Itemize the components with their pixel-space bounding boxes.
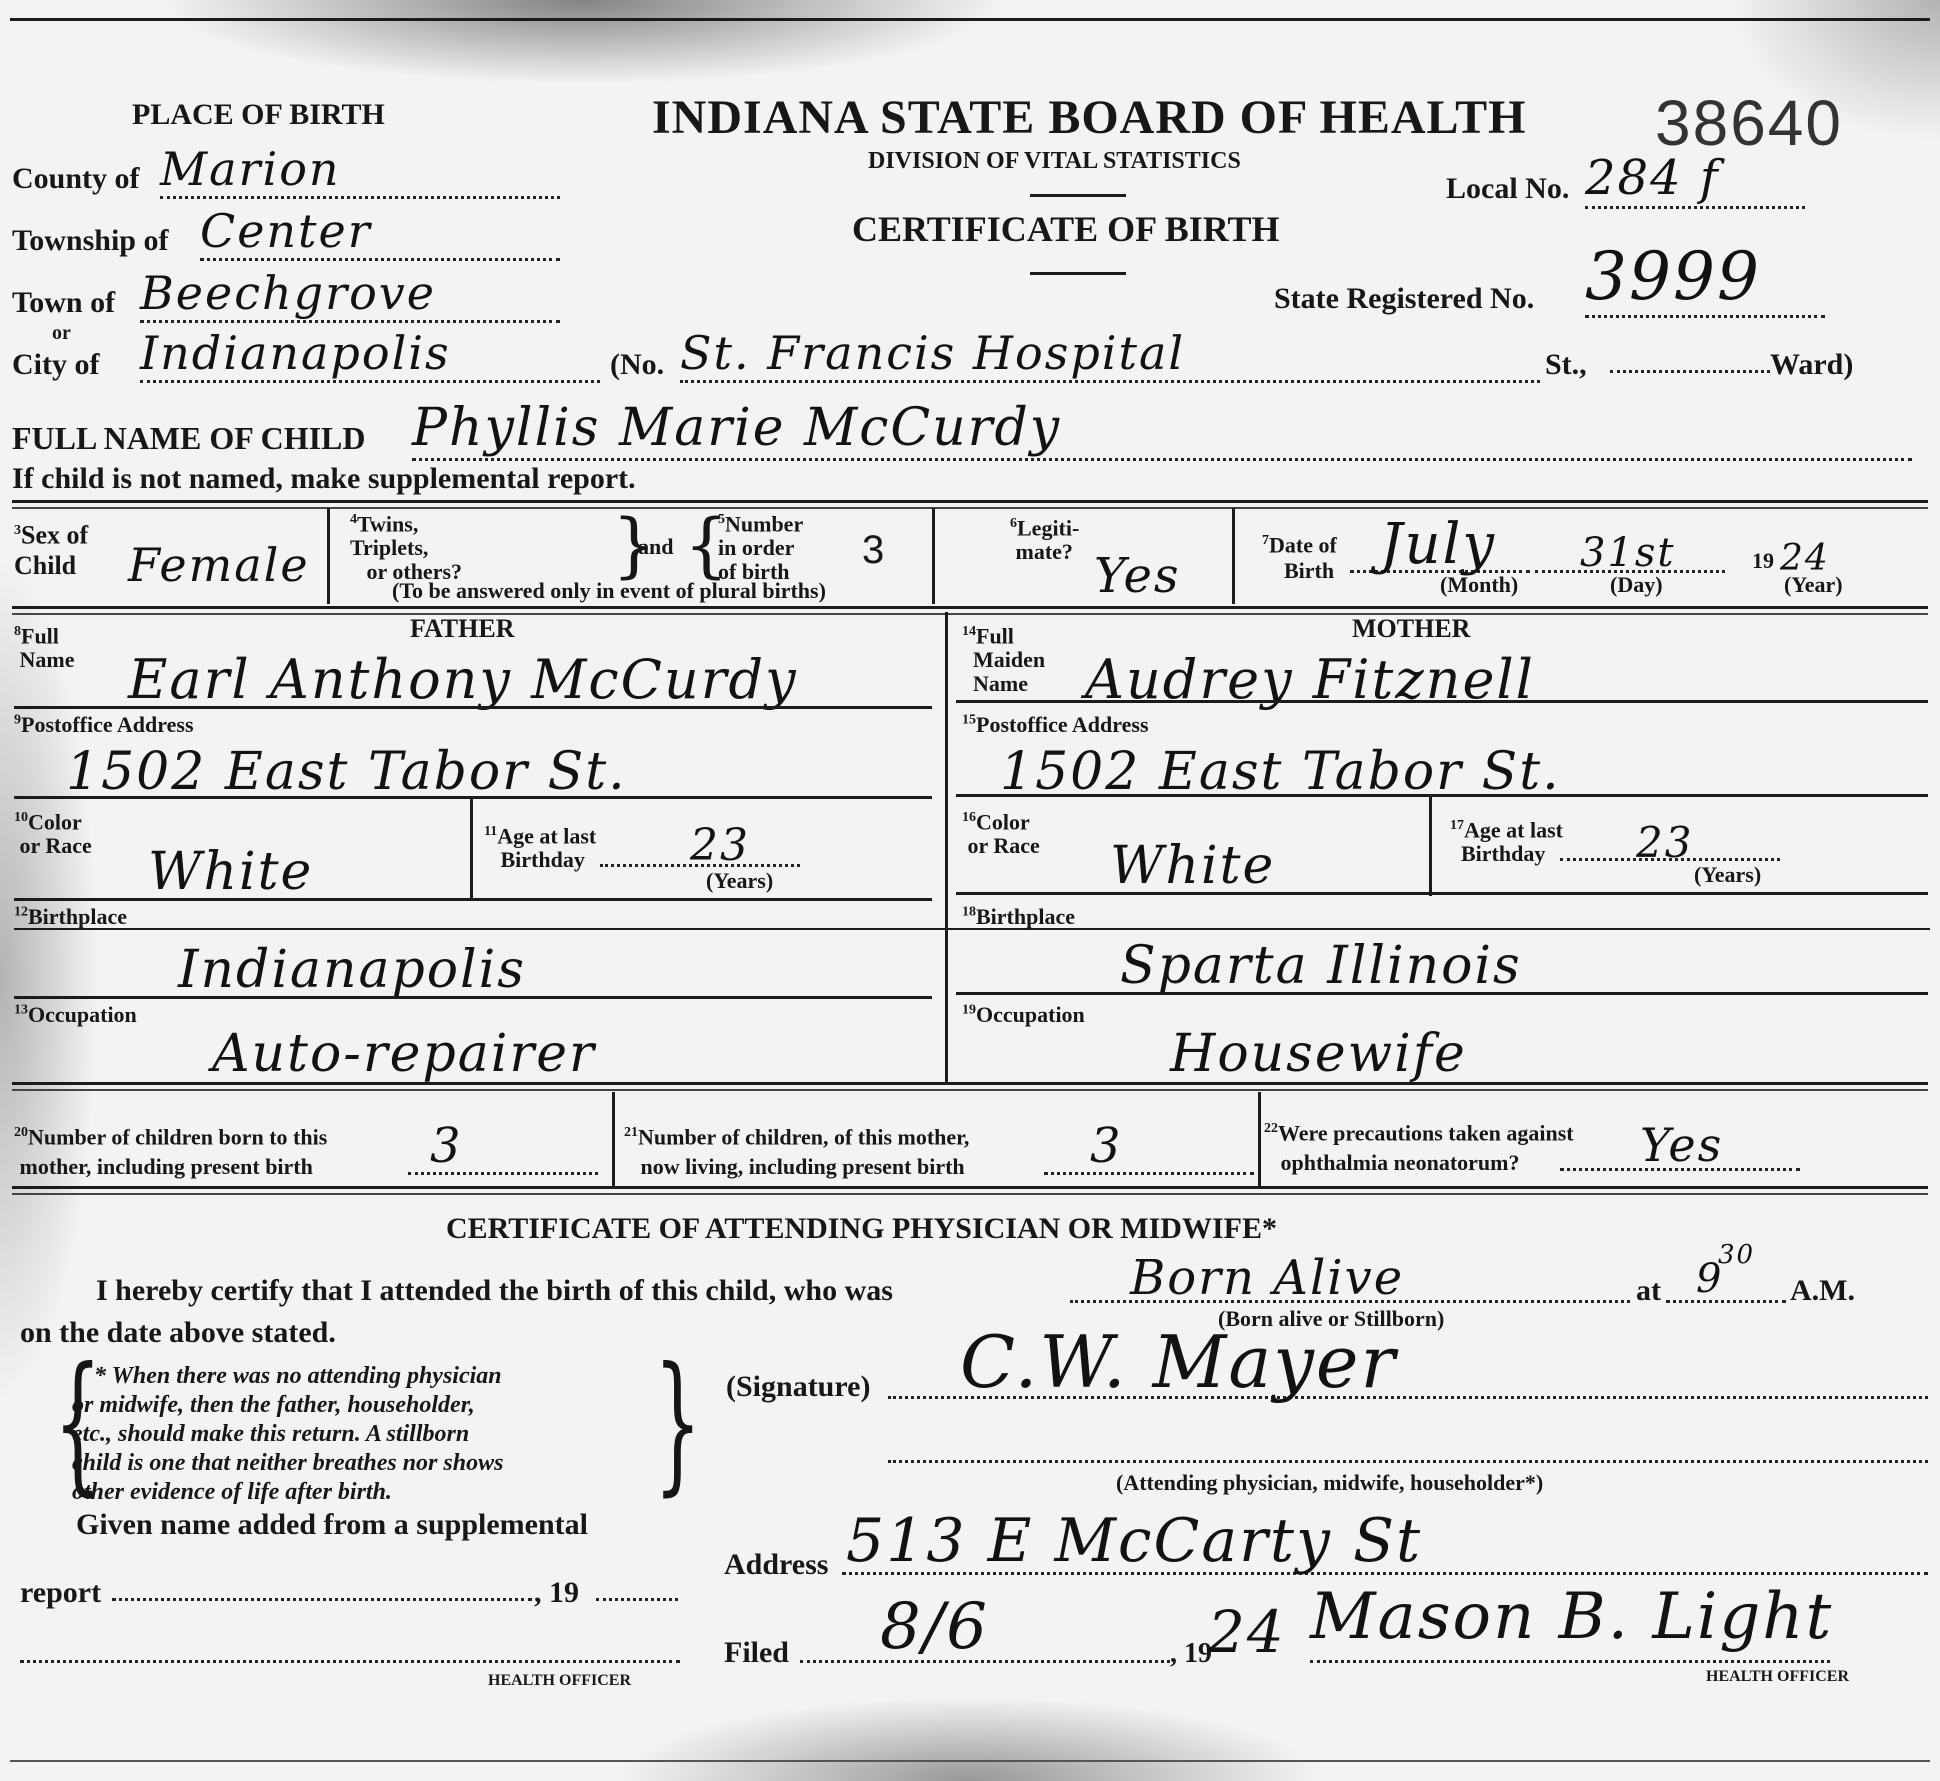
local-no-field[interactable]: 284 f [1585, 150, 1805, 209]
mother-address-field[interactable]: 1502 East Tabor St. [1000, 742, 1561, 802]
birth-certificate: PLACE OF BIRTH INDIANA STATE BOARD OF HE… [0, 0, 1940, 1781]
center-divider [945, 612, 948, 1082]
county-field[interactable]: Marion [160, 142, 560, 199]
father-occupation-label: 13Occupation [14, 1002, 137, 1028]
mother-occupation-field[interactable]: Housewife [1170, 1024, 1467, 1084]
father-name-field[interactable]: Earl Anthony McCurdy [128, 648, 798, 711]
dob-month-field[interactable]: July [1380, 512, 1496, 577]
filed-year-field[interactable]: 24 [1208, 1598, 1286, 1666]
born-count-field[interactable]: 3 [430, 1118, 463, 1174]
report-label: report [20, 1576, 101, 1610]
child-name-label: FULL NAME OF CHILD [12, 420, 366, 457]
stamp-number: 38640 [1655, 86, 1843, 160]
town-label: Town of [12, 286, 115, 320]
row-divider [12, 500, 1928, 509]
or-label: or [52, 322, 71, 345]
divider [1030, 194, 1126, 197]
father-birthplace-field[interactable]: Indianapolis [178, 940, 526, 1000]
filed-year-prefix: , 19 [1170, 1638, 1212, 1670]
divider [1030, 272, 1126, 275]
order-field[interactable]: 3 [862, 528, 884, 573]
city-field[interactable]: Indianapolis [140, 326, 600, 383]
street-no-field[interactable]: St. Francis Hospital [680, 326, 1540, 383]
mother-occupation-label: 19Occupation [962, 1002, 1085, 1028]
report-field[interactable] [112, 1598, 532, 1601]
given-name-text: Given name added from a supplemental [76, 1508, 588, 1542]
filed-date-field[interactable]: 8/6 [880, 1590, 989, 1664]
county-label: County of [12, 162, 140, 196]
father-color-field[interactable]: White [148, 842, 313, 902]
street-no-label: (No. [610, 348, 664, 382]
top-border [10, 18, 1930, 21]
state-registered-field[interactable]: 3999 [1585, 238, 1825, 318]
signature-hint: (Attending physician, midwife, household… [1116, 1470, 1543, 1496]
ward-field[interactable] [1610, 370, 1770, 373]
dob-year-label: (Year) [1784, 572, 1843, 598]
born-status-field[interactable]: Born Alive [1130, 1250, 1404, 1306]
precaution-field[interactable]: Yes [1640, 1118, 1723, 1172]
dob-label: 7Date of Birth [1262, 528, 1337, 584]
agency-title: INDIANA STATE BOARD OF HEALTH [652, 90, 1527, 145]
st-label: St., [1545, 348, 1587, 382]
twins-label: 4Twins,Triplets, or others? [350, 508, 462, 584]
mother-birthplace-label: 18Birthplace [962, 904, 1075, 930]
left-health-officer-field[interactable] [20, 1660, 680, 1663]
bottom-border [10, 1760, 1930, 1762]
filed-label: Filed [724, 1636, 789, 1670]
signature-field[interactable]: C.W. Mayer [960, 1320, 1397, 1404]
address-label: Address [724, 1548, 828, 1582]
ward-label: Ward) [1770, 348, 1853, 382]
precaution-label: 22Were precautions taken against ophthal… [1264, 1114, 1574, 1178]
brace-right-icon: } [654, 1348, 702, 1498]
place-of-birth-heading: PLACE OF BIRTH [132, 98, 385, 132]
report-year-field[interactable] [596, 1598, 678, 1601]
mother-birthplace-field[interactable]: Sparta Illinois [1120, 936, 1522, 996]
left-health-officer-label: HEALTH OFFICER [488, 1672, 631, 1690]
father-address-field[interactable]: 1502 East Tabor St. [66, 742, 627, 802]
father-age-unit: (Years) [706, 868, 773, 894]
city-label: City of [12, 348, 99, 382]
father-occupation-field[interactable]: Auto-repairer [212, 1024, 596, 1084]
signature-label: (Signature) [726, 1370, 870, 1404]
father-age-field[interactable]: 23 [690, 820, 750, 871]
attendant-heading: CERTIFICATE OF ATTENDING PHYSICIAN OR MI… [446, 1212, 1277, 1246]
mother-address-label: 15Postoffice Address [962, 712, 1149, 738]
father-age-label: 11Age at last Birthday [484, 820, 596, 872]
legit-label: 6Legiti- mate? [1010, 512, 1079, 564]
plural-note: (To be answered only in event of plural … [392, 578, 826, 604]
father-birthplace-label: 12Birthplace [14, 904, 127, 930]
unnamed-note: If child is not named, make supplemental… [12, 462, 636, 496]
right-health-officer-label: HEALTH OFFICER [1706, 1668, 1849, 1686]
order-label: 5Numberin orderof birth [718, 508, 803, 584]
mother-heading: MOTHER [1352, 614, 1470, 644]
row-divider [12, 1082, 1928, 1091]
local-no-label: Local No. [1446, 172, 1569, 206]
father-color-label: 10Color or Race [14, 806, 92, 858]
living-count-label: 21Number of children, of this mother, no… [624, 1118, 969, 1182]
am-label: A.M. [1790, 1274, 1855, 1308]
col-divider [327, 508, 330, 604]
mother-name-label: 14Full Maiden Name [962, 620, 1045, 696]
col-divider [932, 508, 935, 604]
attendant-note: * When there was no attending physician … [72, 1362, 503, 1507]
row-divider [12, 606, 1928, 615]
dob-day-label: (Day) [1610, 572, 1663, 598]
dob-year-prefix: 19 [1752, 548, 1774, 574]
birth-time-minutes[interactable]: 30 [1718, 1240, 1755, 1270]
sex-field[interactable]: Female [128, 538, 310, 592]
mother-color-label: 16Color or Race [962, 806, 1040, 858]
mother-age-unit: (Years) [1694, 862, 1761, 888]
born-count-label: 20Number of children born to this mother… [14, 1118, 327, 1182]
row-divider [12, 1186, 1928, 1195]
town-field[interactable]: Beechgrove [140, 266, 560, 323]
division-subtitle: DIVISION OF VITAL STATISTICS [868, 148, 1241, 175]
father-address-label: 9Postoffice Address [14, 712, 194, 738]
dob-month-label: (Month) [1440, 572, 1518, 598]
state-registered-label: State Registered No. [1274, 282, 1534, 316]
child-name-field[interactable]: Phyllis Marie McCurdy [412, 398, 1912, 461]
certificate-title: CERTIFICATE OF BIRTH [852, 208, 1280, 250]
filed-officer-signature[interactable]: Mason B. Light [1310, 1580, 1833, 1654]
mother-age-label: 17Age at last Birthday [1450, 814, 1563, 866]
mother-age-field[interactable]: 23 [1636, 818, 1693, 867]
legit-field[interactable]: Yes [1094, 548, 1181, 604]
dob-day-field[interactable]: 31st [1580, 530, 1676, 576]
attendant-address-field[interactable]: 513 E McCarty St [846, 1506, 1422, 1576]
father-name-label: 8Full Name [14, 620, 74, 672]
sex-label: 3Sex ofChild [14, 516, 88, 581]
township-label: Township of [12, 224, 168, 258]
col-divider [1232, 508, 1235, 604]
township-field[interactable]: Center [200, 204, 560, 261]
at-label: at [1636, 1274, 1661, 1308]
living-count-field[interactable]: 3 [1090, 1118, 1123, 1174]
certify-text: I hereby certify that I attended the bir… [96, 1274, 893, 1308]
and-label: and [638, 534, 673, 560]
father-heading: FATHER [410, 614, 514, 644]
mother-color-field[interactable]: White [1110, 836, 1275, 896]
report-year-prefix: , 19 [534, 1576, 579, 1610]
